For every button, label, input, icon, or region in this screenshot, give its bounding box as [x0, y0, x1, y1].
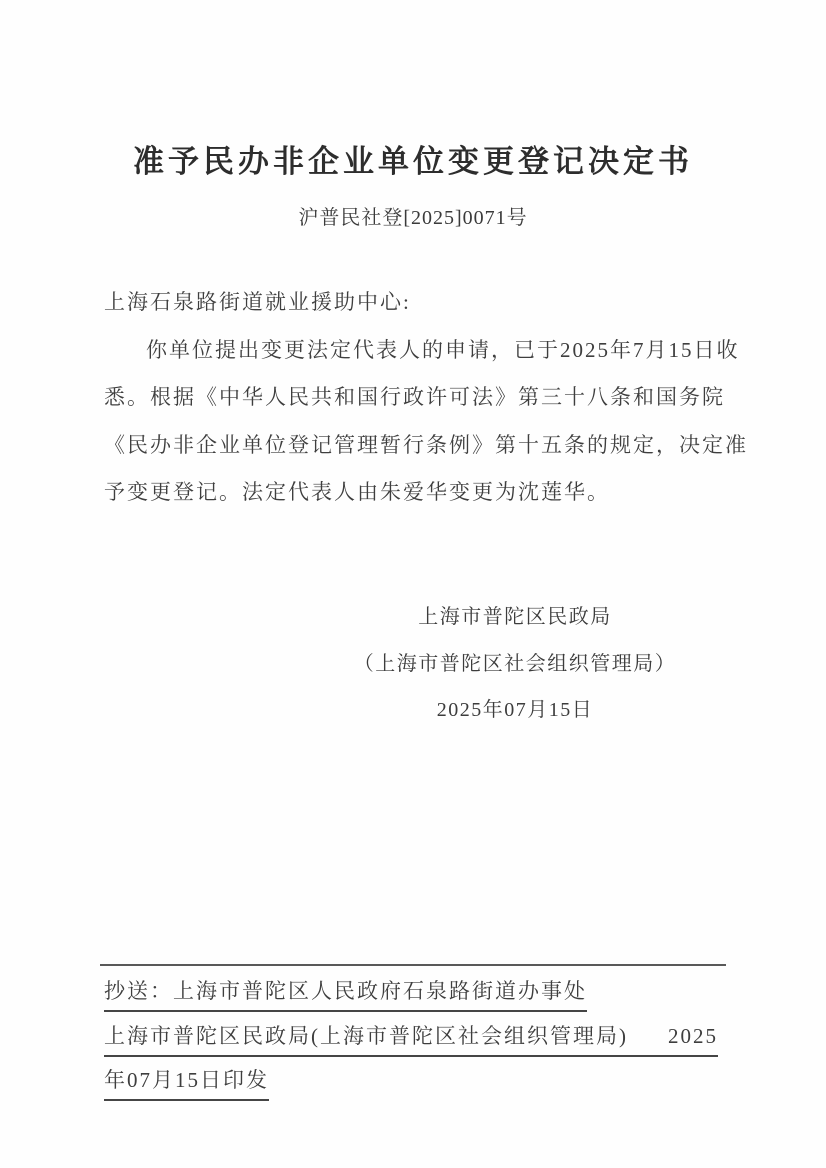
- body-paragraph: 你单位提出变更法定代表人的申请，已于2025年7月15日收悉。根据《中华人民共和…: [104, 327, 766, 517]
- body-line: 《民办非企业单位登记管理暂行条例》第十五条的规定，决定准: [104, 422, 766, 470]
- signature-block: 上海市普陀区民政局 （上海市普陀区社会组织管理局） 2025年07月15日: [335, 594, 695, 734]
- print-year-text: 2025: [668, 1024, 718, 1049]
- body-line: 予变更登记。法定代表人由朱爱华变更为沈莲华。: [104, 469, 766, 517]
- document-page: 准予民办非企业单位变更登记决定书 沪普民社登[2025]0071号 上海石泉路街…: [0, 0, 826, 1168]
- issue-date: 2025年07月15日: [335, 687, 695, 734]
- cc-recipients-text: 抄送：上海市普陀区人民政府石泉路街道办事处: [104, 975, 587, 1012]
- body-line: 你单位提出变更法定代表人的申请，已于2025年7月15日收: [104, 327, 766, 375]
- print-date-line: 年07月15日印发: [104, 1064, 269, 1101]
- print-line: 上海市普陀区民政局(上海市普陀区社会组织管理局) 2025: [104, 1020, 718, 1057]
- body-line: 悉。根据《中华人民共和国行政许可法》第三十八条和国务院: [104, 374, 766, 422]
- issuer-alias: （上海市普陀区社会组织管理局）: [335, 641, 695, 688]
- print-date-text: 年07月15日印发: [104, 1064, 269, 1101]
- addressee-line: 上海石泉路街道就业援助中心:: [104, 279, 766, 327]
- document-number: 沪普民社登[2025]0071号: [0, 201, 826, 230]
- cc-line: 抄送：上海市普陀区人民政府石泉路街道办事处: [104, 975, 587, 1012]
- print-issuer-text: 上海市普陀区民政局(上海市普陀区社会组织管理局): [104, 1020, 628, 1050]
- issuer-name: 上海市普陀区民政局: [335, 594, 695, 641]
- document-body: 上海石泉路街道就业援助中心: 你单位提出变更法定代表人的申请，已于2025年7月…: [104, 279, 766, 517]
- footer-divider: [100, 964, 726, 966]
- document-title: 准予民办非企业单位变更登记决定书: [0, 136, 826, 181]
